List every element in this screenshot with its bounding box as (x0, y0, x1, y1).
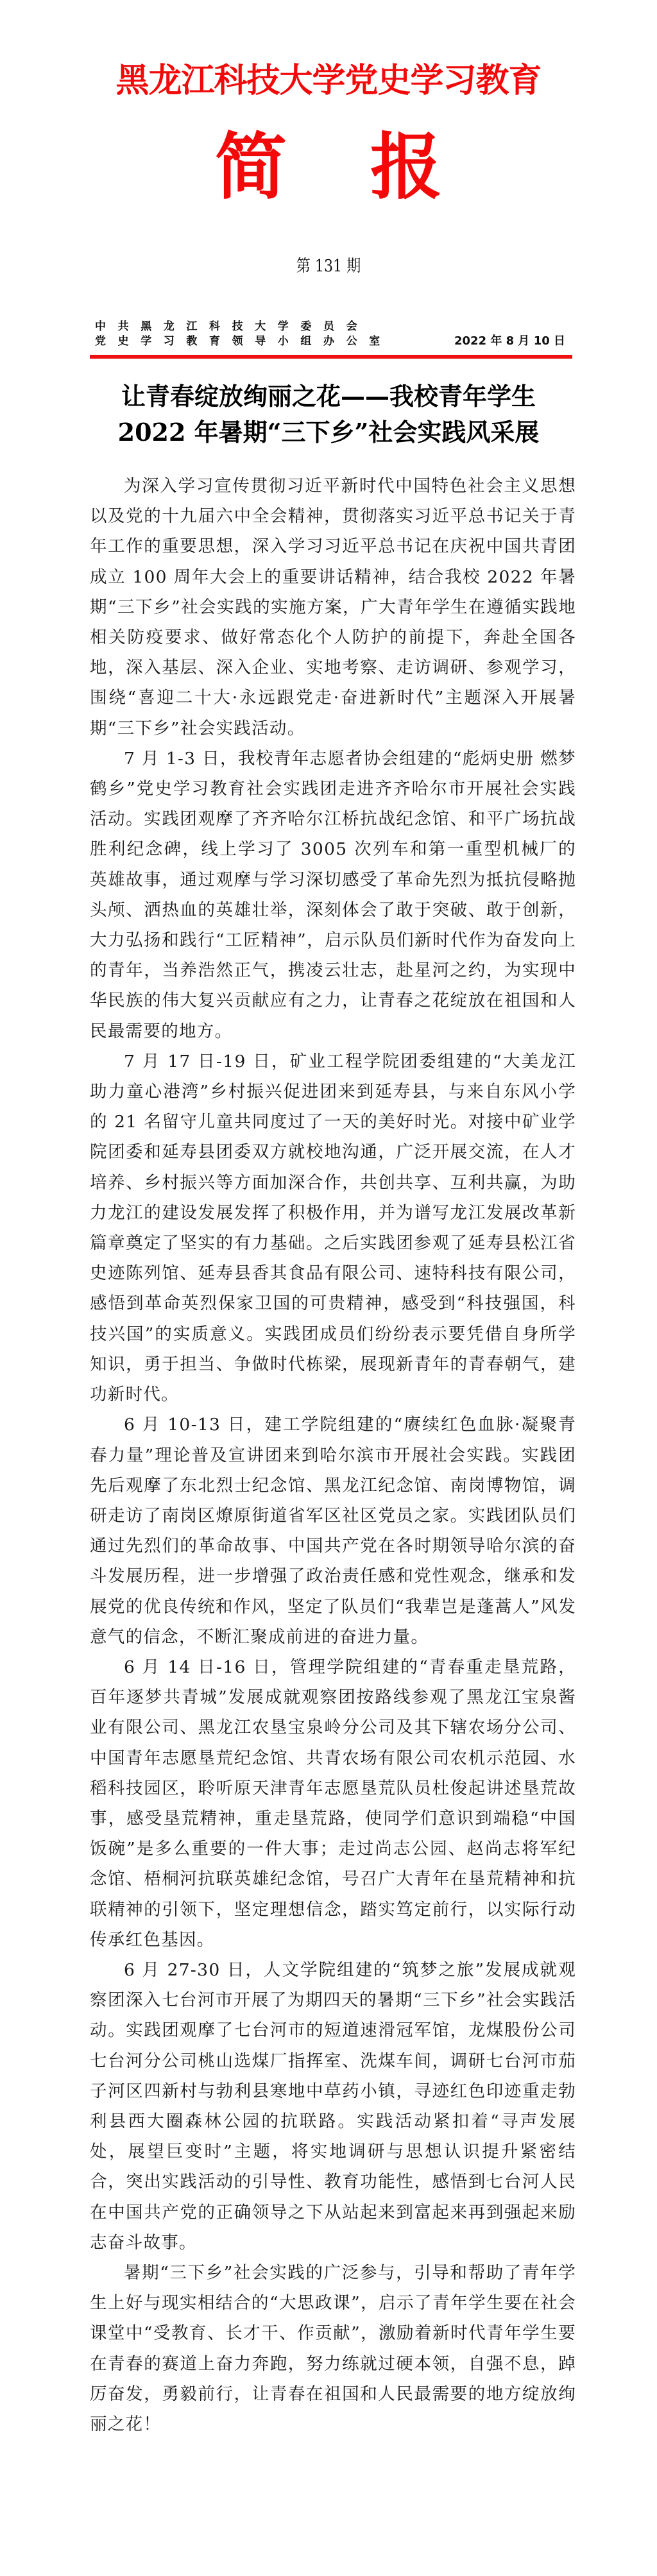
paragraph-yanshou: 7 月 17 日-19 日，矿业工程学院团委组建的“大美龙江助力童心港湾”乡村振… (90, 1046, 576, 1410)
paragraph-conclusion: 暑期“三下乡”社会实践的广泛参与，引导和帮助了青年学生上好与现实相结合的“大思政… (90, 2258, 576, 2439)
headline-line-1: 让青春绽放绚丽之花——我校青年学生 (0, 379, 657, 414)
headline-line-2: 2022 年暑期“三下乡”社会实践风采展 (0, 414, 657, 450)
paragraph-baoquanling: 6 月 14 日-16 日，管理学院组建的“青春重走垦荒路，百年逐梦共青城”发展… (90, 1652, 576, 1955)
paragraph-harbin: 6 月 10-13 日，建工学院组建的“赓续红色血脉·凝聚青春力量”理论普及宣讲… (90, 1410, 576, 1652)
red-divider-rule (90, 355, 572, 359)
paragraph-intro: 为深入学习宣传贯彻习近平新时代中国特色社会主义思想以及党的十九届六中全会精神，贯… (90, 471, 576, 744)
bulletin-char-1: 简 (215, 126, 287, 209)
bulletin-char-2: 报 (370, 126, 442, 209)
masthead-title: 黑龙江科技大学党史学习教育 (0, 62, 657, 100)
article-headline: 让青春绽放绚丽之花——我校青年学生 2022 年暑期“三下乡”社会实践风采展 (0, 379, 657, 450)
issue-number: 第 131 期 (49, 255, 608, 277)
org-line-1: 中共黑龙江科技大学委员会 (95, 320, 392, 334)
org-line-2: 党史学习教育领导小组办公室 (95, 334, 392, 349)
paragraph-qiqihar: 7 月 1-3 日，我校青年志愿者协会组建的“彪炳史册 燃梦鹤乡”党史学习教育社… (90, 744, 576, 1046)
bulletin-page: 黑龙江科技大学党史学习教育 简报 第 131 期 中共黑龙江科技大学委员会 党史… (0, 0, 657, 2576)
issue-date: 2022 年 8 月 10 日 (454, 334, 565, 349)
issuing-organization: 中共黑龙江科技大学委员会 党史学习教育领导小组办公室 (95, 320, 392, 349)
article-body: 为深入学习宣传贯彻习近平新时代中国特色社会主义思想以及党的十九届六中全会精神，贯… (90, 471, 576, 2439)
bulletin-title: 简报 (0, 126, 657, 209)
paragraph-qitaihe: 6 月 27-30 日，人文学院组建的“筑梦之旅”发展成就观察团深入七台河市开展… (90, 1955, 576, 2258)
